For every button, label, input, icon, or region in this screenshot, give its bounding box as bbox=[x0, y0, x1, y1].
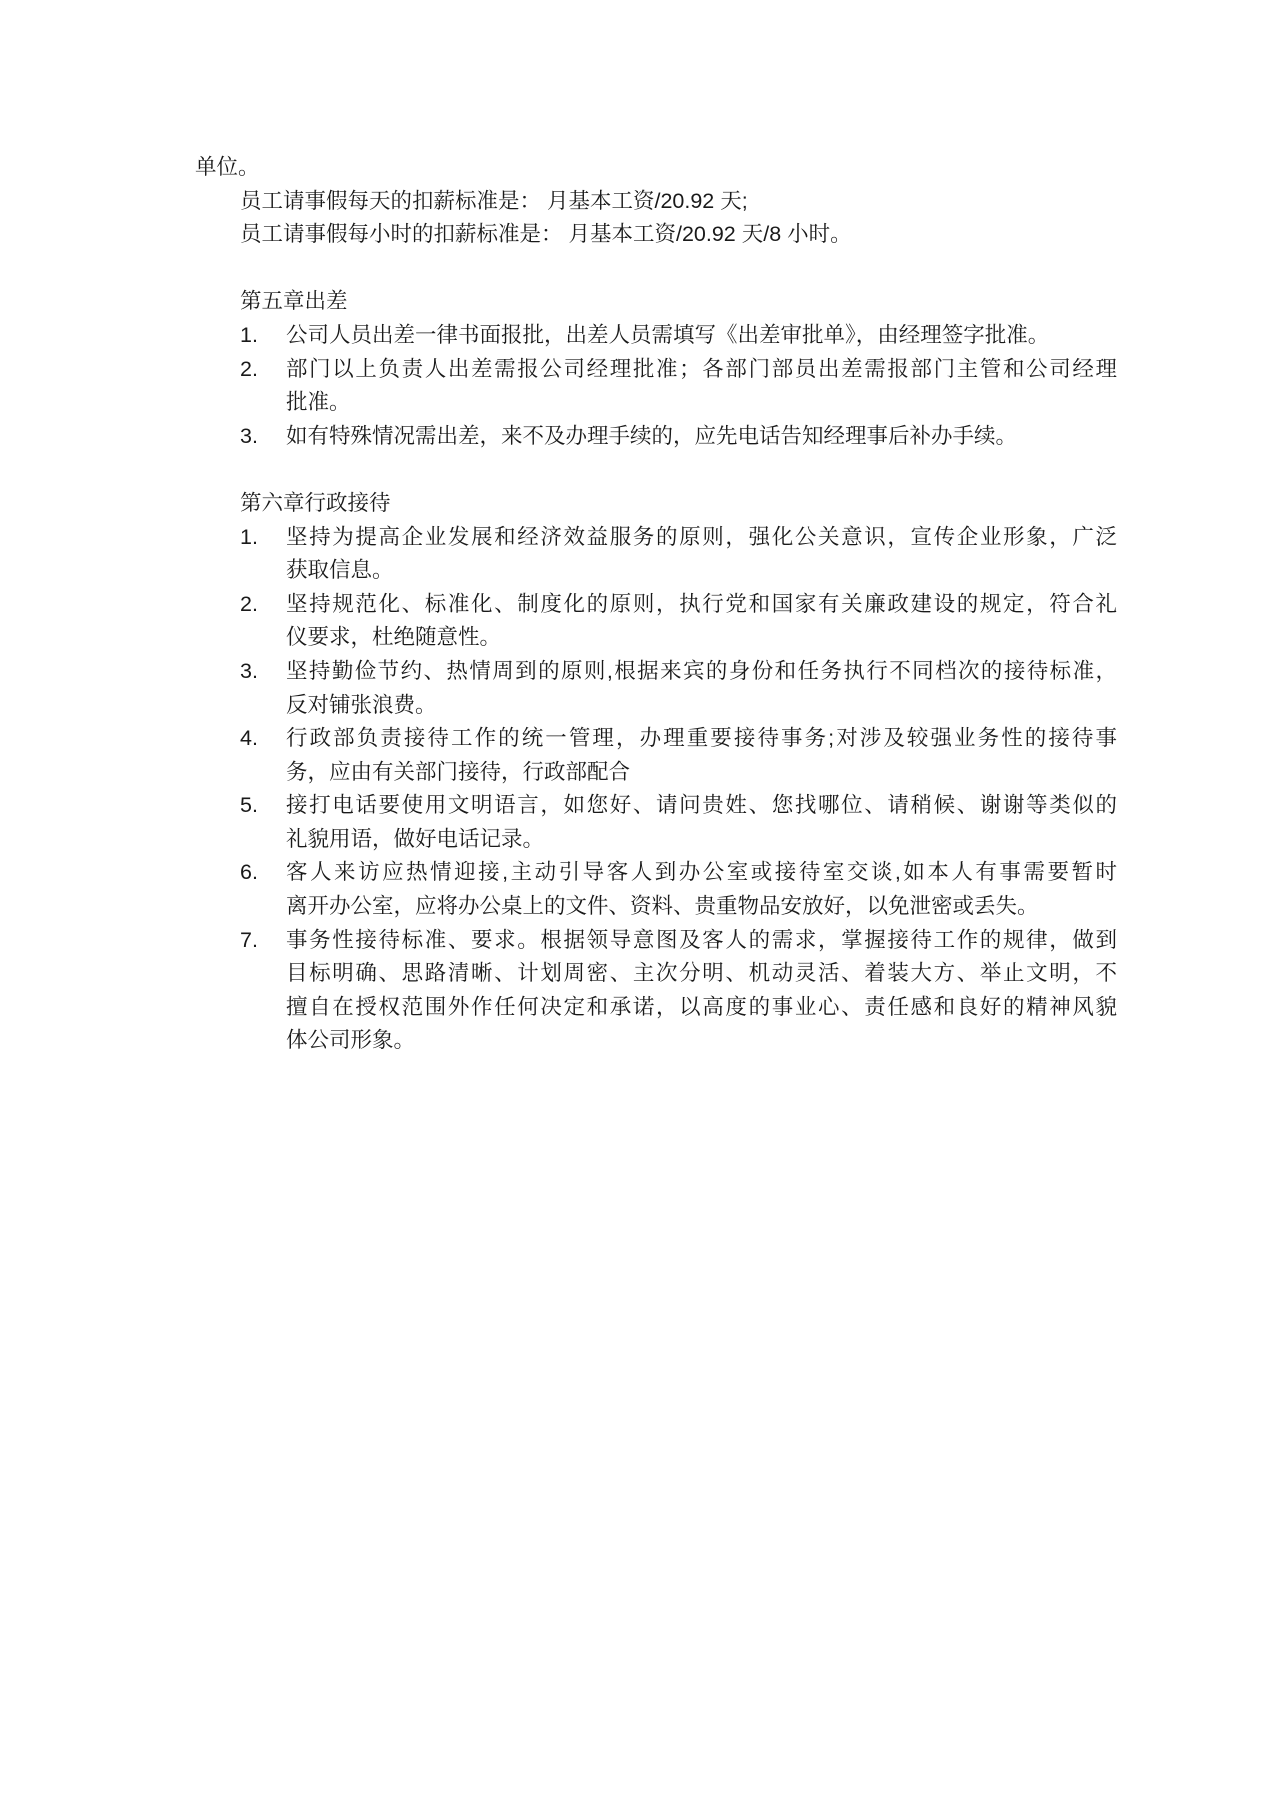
deduction-hourly-line: 员工请事假每小时的扣薪标准是： 月基本工资/20.92 天/8 小时。 bbox=[240, 218, 1117, 252]
item-line: 如有特殊情况需出差，来不及办理手续的，应先电话告知经理事后补办手续。 bbox=[286, 420, 1117, 454]
item-number: 7. bbox=[240, 924, 286, 958]
item-line: 接打电话要使用文明语言，如您好、请问贵姓、您找哪位、请稍候、谢谢等类似的 bbox=[286, 789, 1117, 823]
item-line: 擅自在授权范围外作任何决定和承诺，以高度的事业心、责任感和良好的精神风貌 bbox=[286, 991, 1117, 1025]
item-line: 批准。 bbox=[286, 386, 1117, 420]
item-line: 获取信息。 bbox=[286, 554, 1117, 588]
chapter5-title: 第五章出差 bbox=[240, 285, 1117, 319]
item-number: 1. bbox=[240, 521, 286, 555]
chapter6-item-1: 1. 坚持为提高企业发展和经济效益服务的原则，强化公关意识，宣传企业形象，广泛 … bbox=[240, 521, 1117, 588]
item-number: 6. bbox=[240, 856, 286, 890]
item-line: 礼貌用语，做好电话记录。 bbox=[286, 823, 1117, 857]
paragraph-continuation-line: 单位。 bbox=[195, 151, 1117, 185]
item-line: 坚持勤俭节约、热情周到的原则,根据来宾的身份和任务执行不同档次的接待标准， bbox=[286, 655, 1117, 689]
chapter6-item-4: 4. 行政部负责接待工作的统一管理，办理重要接待事务;对涉及较强业务性的接待事 … bbox=[240, 722, 1117, 789]
item-number: 3. bbox=[240, 655, 286, 689]
chapter6-item-6: 6. 客人来访应热情迎接,主动引导客人到办公室或接待室交谈,如本人有事需要暂时 … bbox=[240, 856, 1117, 923]
chapter6-item-3: 3. 坚持勤俭节约、热情周到的原则,根据来宾的身份和任务执行不同档次的接待标准，… bbox=[240, 655, 1117, 722]
item-text: 接打电话要使用文明语言，如您好、请问贵姓、您找哪位、请稍候、谢谢等类似的 礼貌用… bbox=[286, 789, 1117, 856]
chapter5-item-2: 2. 部门以上负责人出差需报公司经理批准；各部门部员出差需报部门主管和公司经理 … bbox=[240, 353, 1117, 420]
item-line: 务，应由有关部门接待，行政部配合 bbox=[286, 756, 1117, 790]
chapter6-title: 第六章行政接待 bbox=[240, 487, 1117, 521]
document-body: 单位。 员工请事假每天的扣薪标准是： 月基本工资/20.92 天; 员工请事假每… bbox=[0, 0, 1280, 1058]
item-line: 客人来访应热情迎接,主动引导客人到办公室或接待室交谈,如本人有事需要暂时 bbox=[286, 856, 1117, 890]
chapter5-item-3: 3. 如有特殊情况需出差，来不及办理手续的，应先电话告知经理事后补办手续。 bbox=[240, 420, 1117, 454]
item-number: 3. bbox=[240, 420, 286, 454]
item-line: 离开办公室，应将办公桌上的文件、资料、贵重物品安放好，以免泄密或丢失。 bbox=[286, 890, 1117, 924]
chapter6-item-2: 2. 坚持规范化、标准化、制度化的原则，执行党和国家有关廉政建设的规定，符合礼 … bbox=[240, 588, 1117, 655]
item-text: 部门以上负责人出差需报公司经理批准；各部门部员出差需报部门主管和公司经理 批准。 bbox=[286, 353, 1117, 420]
item-line: 坚持为提高企业发展和经济效益服务的原则，强化公关意识，宣传企业形象，广泛 bbox=[286, 521, 1117, 555]
item-text: 公司人员出差一律书面报批，出差人员需填写《出差审批单》，由经理签字批准。 bbox=[286, 319, 1117, 353]
item-line: 事务性接待标准、要求。根据领导意图及客人的需求，掌握接待工作的规律，做到 bbox=[286, 924, 1117, 958]
item-number: 1. bbox=[240, 319, 286, 353]
chapter5-item-1: 1. 公司人员出差一律书面报批，出差人员需填写《出差审批单》，由经理签字批准。 bbox=[240, 319, 1117, 353]
chapter6-item-5: 5. 接打电话要使用文明语言，如您好、请问贵姓、您找哪位、请稍候、谢谢等类似的 … bbox=[240, 789, 1117, 856]
item-number: 2. bbox=[240, 588, 286, 622]
item-line: 体公司形象。 bbox=[286, 1024, 1117, 1058]
item-line: 公司人员出差一律书面报批，出差人员需填写《出差审批单》，由经理签字批准。 bbox=[286, 319, 1117, 353]
item-number: 5. bbox=[240, 789, 286, 823]
item-line: 反对铺张浪费。 bbox=[286, 689, 1117, 723]
deduction-daily-line: 员工请事假每天的扣薪标准是： 月基本工资/20.92 天; bbox=[240, 185, 1117, 219]
item-text: 坚持规范化、标准化、制度化的原则，执行党和国家有关廉政建设的规定，符合礼 仪要求… bbox=[286, 588, 1117, 655]
item-text: 坚持勤俭节约、热情周到的原则,根据来宾的身份和任务执行不同档次的接待标准， 反对… bbox=[286, 655, 1117, 722]
blank-line bbox=[240, 453, 1117, 487]
item-text: 坚持为提高企业发展和经济效益服务的原则，强化公关意识，宣传企业形象，广泛 获取信… bbox=[286, 521, 1117, 588]
item-line: 坚持规范化、标准化、制度化的原则，执行党和国家有关廉政建设的规定，符合礼 bbox=[286, 588, 1117, 622]
item-text: 行政部负责接待工作的统一管理，办理重要接待事务;对涉及较强业务性的接待事 务，应… bbox=[286, 722, 1117, 789]
document-page: 单位。 员工请事假每天的扣薪标准是： 月基本工资/20.92 天; 员工请事假每… bbox=[0, 0, 1280, 1810]
item-line: 部门以上负责人出差需报公司经理批准；各部门部员出差需报部门主管和公司经理 bbox=[286, 353, 1117, 387]
item-text: 客人来访应热情迎接,主动引导客人到办公室或接待室交谈,如本人有事需要暂时 离开办… bbox=[286, 856, 1117, 923]
item-number: 4. bbox=[240, 722, 286, 756]
item-line: 目标明确、思路清晰、计划周密、主次分明、机动灵活、着装大方、举止文明，不 bbox=[286, 957, 1117, 991]
chapter6-item-7: 7. 事务性接待标准、要求。根据领导意图及客人的需求，掌握接待工作的规律，做到 … bbox=[240, 924, 1117, 1058]
item-line: 行政部负责接待工作的统一管理，办理重要接待事务;对涉及较强业务性的接待事 bbox=[286, 722, 1117, 756]
item-text: 如有特殊情况需出差，来不及办理手续的，应先电话告知经理事后补办手续。 bbox=[286, 420, 1117, 454]
item-text: 事务性接待标准、要求。根据领导意图及客人的需求，掌握接待工作的规律，做到 目标明… bbox=[286, 924, 1117, 1058]
item-line: 仪要求，杜绝随意性。 bbox=[286, 621, 1117, 655]
item-number: 2. bbox=[240, 353, 286, 387]
blank-line bbox=[240, 252, 1117, 286]
